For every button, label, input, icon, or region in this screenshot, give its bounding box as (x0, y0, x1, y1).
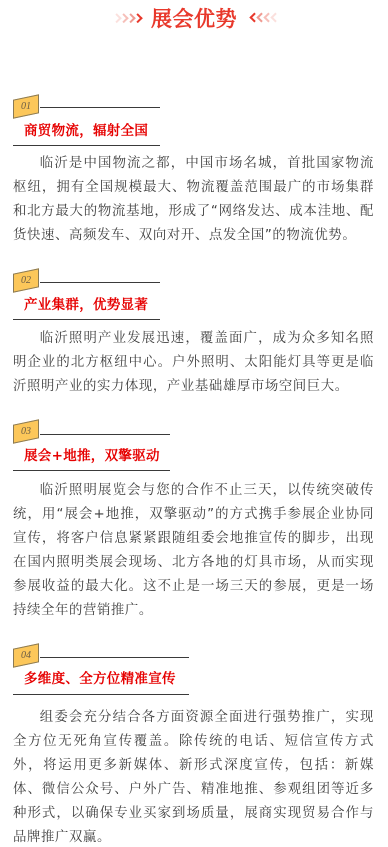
section-paragraph: 组委会充分结合各方面资源全面进行强势推广，实现全方位无死角宣传覆盖。除传统的电话… (13, 706, 374, 847)
divider-bottom (13, 694, 189, 695)
divider-top (40, 282, 160, 283)
chevrons-right-icon (113, 10, 141, 26)
section-number-badge: 01 (13, 94, 39, 119)
section-number-badge: 03 (13, 419, 39, 444)
section-paragraph: 临沂照明展览会与您的合作不止三天，以传统突破传统，用“展会+地推，双擎驱动”的方… (13, 479, 374, 623)
divider-top (40, 434, 170, 435)
section-heading: 多维度、全方位精准宣传 (24, 667, 176, 687)
section-heading: 产业集群，优势显著 (24, 293, 148, 313)
divider-top (40, 657, 189, 658)
section-paragraph: 临沂照明产业发展迅速，覆盖面广，成为众多知名照明企业的北方枢纽中心。户外照明、太… (13, 327, 374, 399)
section-number-badge: 02 (13, 268, 39, 293)
divider-top (40, 107, 160, 108)
section-number-badge: 04 (13, 643, 39, 668)
divider-bottom (13, 470, 170, 471)
chevrons-left-icon (247, 10, 275, 26)
page-title: 展会优势 (151, 3, 237, 33)
divider-bottom (13, 319, 160, 320)
section-paragraph: 临沂是中国物流之都，中国市场名城，首批国家物流枢纽，拥有全国规模最大、物流覆盖范… (13, 152, 374, 248)
divider-bottom (13, 145, 160, 146)
section-heading: 商贸物流，辐射全国 (24, 119, 148, 139)
page-header: 展会优势 (0, 0, 388, 36)
section-heading: 展会+地推，双擎驱动 (24, 444, 160, 464)
